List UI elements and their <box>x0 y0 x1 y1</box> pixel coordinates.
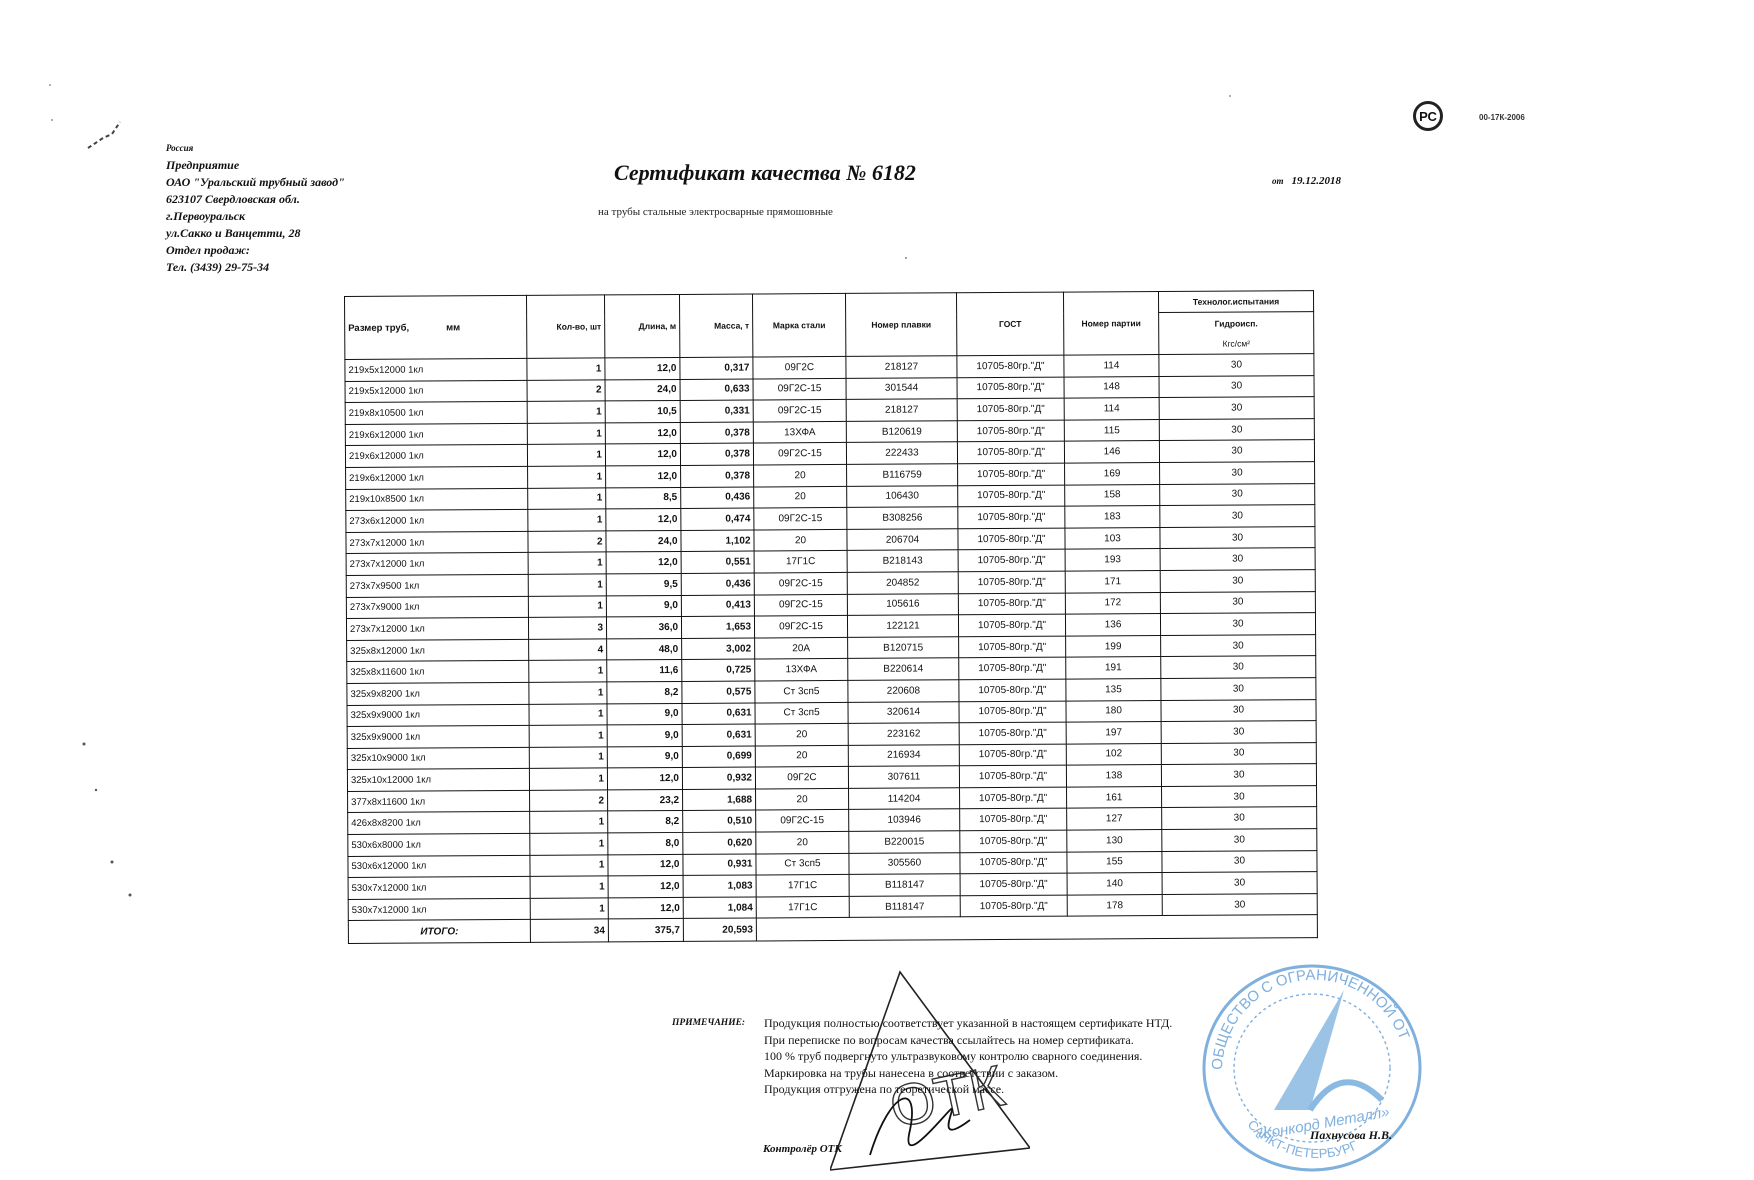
cell-heat: В308256 <box>847 507 958 529</box>
rst-certification-mark-icon: РС <box>1413 101 1443 131</box>
cell-heat: В116759 <box>847 464 958 486</box>
cell-lot: 115 <box>1064 419 1159 441</box>
cell-mass: 3,002 <box>682 638 755 660</box>
note-line: Продукция полностью соответствует указан… <box>764 1015 1172 1032</box>
cell-gost: 10705-80гр."Д" <box>957 355 1064 377</box>
cell-steel: 13ХФА <box>753 421 846 443</box>
cell-mass: 0,631 <box>682 702 755 724</box>
col-length: Длина, м <box>604 294 679 357</box>
cell-gost: 10705-80гр."Д" <box>958 506 1065 528</box>
cell-gost: 10705-80гр."Д" <box>958 593 1065 615</box>
cell-mass: 0,932 <box>682 767 755 789</box>
cell-gost: 10705-80гр."Д" <box>958 463 1065 485</box>
cell-gost: 10705-80гр."Д" <box>959 744 1066 766</box>
col-mass: Масса, т <box>679 294 752 357</box>
cell-size: 273x7x12000 1кл <box>346 618 528 641</box>
total-label: ИТОГО: <box>348 920 530 944</box>
cell-gost: 10705-80гр."Д" <box>957 398 1064 420</box>
cell-length: 12,0 <box>608 876 683 898</box>
cell-size: 325x9x9000 1кл <box>347 704 529 727</box>
cell-lot: 127 <box>1067 808 1162 830</box>
note-line: 100 % труб подвергнуто ультразвуковому к… <box>764 1048 1172 1065</box>
cell-mass: 0,931 <box>683 854 756 876</box>
cert-code: 00-17К-2006 <box>1479 113 1525 122</box>
street: ул.Сакко и Ванцетти, 28 <box>166 225 345 242</box>
cell-gost: 10705-80гр."Д" <box>958 549 1065 571</box>
cell-lot: 178 <box>1067 894 1162 916</box>
cell-length: 12,0 <box>605 444 680 466</box>
cell-lot: 193 <box>1065 549 1160 571</box>
cell-hydro: 30 <box>1161 699 1316 722</box>
col-lot: Номер партии <box>1063 292 1158 356</box>
cell-steel: 09Г2С <box>755 767 848 789</box>
company-info: Россия Предприятие ОАО "Уральский трубны… <box>166 140 345 276</box>
cell-size: 219x5x12000 1кл <box>345 380 527 403</box>
cell-length: 12,0 <box>608 854 683 876</box>
cell-lot: 146 <box>1064 441 1159 463</box>
document-date: от19.12.2018 <box>1272 175 1341 187</box>
cell-lot: 138 <box>1066 765 1161 787</box>
cell-length: 36,0 <box>606 617 681 639</box>
cell-qty: 1 <box>527 401 605 423</box>
cell-heat: В118147 <box>849 874 960 896</box>
cell-qty: 1 <box>528 509 606 531</box>
cell-qty: 1 <box>530 876 608 898</box>
cell-steel: 09Г2С-15 <box>753 443 846 465</box>
note-line: Продукция отгружена по теоретической мас… <box>764 1081 1172 1098</box>
cell-lot: 135 <box>1066 678 1161 700</box>
total-row: ИТОГО: 34 375,7 20,593 <box>348 915 1317 944</box>
cell-size: 219x8x10500 1кл <box>345 402 527 425</box>
cell-hydro: 30 <box>1159 354 1314 377</box>
cell-mass: 0,633 <box>680 379 753 401</box>
cell-steel: 17Г1С <box>754 551 847 573</box>
cell-steel: 20 <box>755 724 848 746</box>
cell-lot: 148 <box>1064 376 1159 398</box>
cell-heat: В220015 <box>849 831 960 853</box>
cell-hydro: 30 <box>1160 591 1315 614</box>
cell-length: 12,0 <box>605 422 680 444</box>
cell-qty: 1 <box>529 660 607 682</box>
sales-dept: Отдел продаж: <box>166 242 345 259</box>
cell-heat: В120715 <box>848 636 959 658</box>
cell-size: 530x6x12000 1кл <box>348 855 530 878</box>
cell-steel: 20 <box>756 788 849 810</box>
cell-hydro: 30 <box>1162 807 1317 830</box>
cell-qty: 2 <box>527 380 605 402</box>
cell-mass: 1,102 <box>681 530 754 552</box>
cell-qty: 1 <box>528 487 606 509</box>
cell-qty: 1 <box>528 574 606 596</box>
cell-mass: 0,436 <box>681 487 754 509</box>
cell-lot: 197 <box>1066 722 1161 744</box>
cell-hydro: 30 <box>1160 462 1315 485</box>
cell-mass: 0,620 <box>683 832 756 854</box>
cell-mass: 0,378 <box>680 422 753 444</box>
cell-qty: 1 <box>527 444 605 466</box>
cell-size: 325x9x8200 1кл <box>347 682 529 705</box>
cell-lot: 130 <box>1067 830 1162 852</box>
cell-heat: 122121 <box>847 615 958 637</box>
cell-mass: 1,084 <box>683 897 756 919</box>
cell-heat: 223162 <box>848 723 959 745</box>
cell-mass: 0,436 <box>681 573 754 595</box>
cell-heat: 307611 <box>848 766 959 788</box>
cell-qty: 1 <box>529 747 607 769</box>
cell-length: 12,0 <box>608 897 683 919</box>
cell-hydro: 30 <box>1160 613 1315 636</box>
cell-lot: 140 <box>1067 873 1162 895</box>
cell-hydro: 30 <box>1161 742 1316 765</box>
cell-gost: 10705-80гр."Д" <box>958 485 1065 507</box>
cell-length: 9,0 <box>607 746 682 768</box>
cell-qty: 2 <box>530 790 608 812</box>
col-hydro: Гидроисп. Кгс/см² <box>1159 312 1314 355</box>
note-line: Маркировка на трубы нанесена в соответст… <box>764 1065 1172 1082</box>
cell-steel: 09Г2С-15 <box>754 616 847 638</box>
cell-lot: 169 <box>1065 462 1160 484</box>
cell-qty: 1 <box>529 768 607 790</box>
cell-size: 530x7x12000 1кл <box>348 898 530 921</box>
cell-qty: 1 <box>528 552 606 574</box>
cell-gost: 10705-80гр."Д" <box>959 679 1066 701</box>
phone: Тел. (3439) 29-75-34 <box>166 259 345 276</box>
cell-size: 219x10x8500 1кл <box>346 488 528 511</box>
cell-lot: 136 <box>1065 614 1160 636</box>
col-size: Размер труб, мм <box>345 295 527 359</box>
col-qty: Кол-во, шт <box>526 295 604 358</box>
cell-size: 273x7x9000 1кл <box>346 596 528 619</box>
cell-mass: 0,699 <box>682 746 755 768</box>
cell-hydro: 30 <box>1160 548 1315 571</box>
cell-gost: 10705-80гр."Д" <box>957 420 1064 442</box>
cell-heat: 204852 <box>847 572 958 594</box>
cell-mass: 1,653 <box>681 616 754 638</box>
cell-qty: 1 <box>527 423 605 445</box>
cell-size: 377x8x11600 1кл <box>348 790 530 813</box>
cell-heat: 206704 <box>847 529 958 551</box>
cell-gost: 10705-80гр."Д" <box>960 809 1067 831</box>
cell-length: 9,0 <box>607 725 682 747</box>
cell-heat: 105616 <box>847 593 958 615</box>
cell-hydro: 30 <box>1162 893 1317 916</box>
svg-text:ОБЩЕСТВО С ОГРАНИЧЕННОЙ ОТВЕТС: ОБЩЕСТВО С ОГРАНИЧЕННОЙ ОТВЕТСТВЕННОСТЬЮ <box>1192 950 1413 1070</box>
cell-length: 24,0 <box>606 530 681 552</box>
cell-lot: 114 <box>1064 355 1159 377</box>
cell-mass: 0,725 <box>682 659 755 681</box>
cell-gost: 10705-80гр."Д" <box>960 895 1067 917</box>
cell-length: 12,0 <box>605 357 680 379</box>
cell-length: 23,2 <box>608 789 683 811</box>
document-title: Сертификат качества № 6182 <box>614 160 916 186</box>
cell-steel: 09Г2С-15 <box>754 594 847 616</box>
cell-size: 273x7x12000 1кл <box>346 553 528 576</box>
cell-lot: 199 <box>1066 635 1161 657</box>
document-subtitle: на трубы стальные электросварные прямошо… <box>598 206 833 218</box>
cell-steel: 09Г2С-15 <box>754 572 847 594</box>
cell-hydro: 30 <box>1160 526 1315 549</box>
cell-size: 219x5x12000 1кл <box>345 358 527 381</box>
notes-label: ПРИМЕЧАНИЕ: <box>672 1015 745 1032</box>
cell-size: 219x6x12000 1кл <box>345 445 527 468</box>
cell-size: 273x6x12000 1кл <box>346 510 528 533</box>
cell-steel: Ст 3сп5 <box>756 853 849 875</box>
cell-mass: 0,575 <box>682 681 755 703</box>
company-name: ОАО "Уральский трубный завод" <box>166 174 345 191</box>
note-line: При переписке по вопросам качества ссыла… <box>764 1032 1172 1049</box>
cell-qty: 1 <box>530 811 608 833</box>
cell-gost: 10705-80гр."Д" <box>960 873 1067 895</box>
cell-lot: 183 <box>1065 506 1160 528</box>
cell-hydro: 30 <box>1160 483 1315 506</box>
cell-mass: 1,083 <box>683 875 756 897</box>
cell-qty: 1 <box>529 682 607 704</box>
total-mass: 20,593 <box>683 918 756 941</box>
cell-length: 9,0 <box>607 703 682 725</box>
cell-lot: 161 <box>1067 786 1162 808</box>
cell-hydro: 30 <box>1159 418 1314 441</box>
cell-length: 48,0 <box>607 638 682 660</box>
cell-qty: 1 <box>528 595 606 617</box>
cell-heat: 103946 <box>849 809 960 831</box>
cell-lot: 155 <box>1067 851 1162 873</box>
cell-gost: 10705-80гр."Д" <box>958 528 1065 550</box>
cell-steel: 20 <box>755 745 848 767</box>
cell-hydro: 30 <box>1162 829 1317 852</box>
cell-heat: 305560 <box>849 852 960 874</box>
cell-size: 530x6x8000 1кл <box>348 833 530 856</box>
cell-steel: 09Г2С-15 <box>756 810 849 832</box>
cell-hydro: 30 <box>1161 677 1316 700</box>
cell-gost: 10705-80гр."Д" <box>959 636 1066 658</box>
cell-hydro: 30 <box>1161 721 1316 744</box>
cell-hydro: 30 <box>1159 397 1314 420</box>
cell-heat: 320614 <box>848 701 959 723</box>
cell-gost: 10705-80гр."Д" <box>958 614 1065 636</box>
cell-gost: 10705-80гр."Д" <box>959 722 1066 744</box>
city: г.Первоуральск <box>166 208 345 225</box>
cell-steel: 09Г2С-15 <box>753 378 846 400</box>
total-empty <box>756 915 1317 941</box>
cell-qty: 1 <box>528 466 606 488</box>
cell-gost: 10705-80гр."Д" <box>957 441 1064 463</box>
cell-heat: В120619 <box>846 421 957 443</box>
cell-qty: 1 <box>529 703 607 725</box>
cell-heat: В118147 <box>849 896 960 918</box>
cell-gost: 10705-80гр."Д" <box>959 657 1066 679</box>
cell-heat: 301544 <box>846 377 957 399</box>
cell-steel: 17Г1С <box>756 896 849 918</box>
cell-heat: 218127 <box>846 356 957 378</box>
cell-heat: 222433 <box>846 442 957 464</box>
total-length: 375,7 <box>608 919 683 942</box>
cell-gost: 10705-80гр."Д" <box>957 377 1064 399</box>
date-value: 19.12.2018 <box>1292 175 1342 187</box>
cell-length: 8,5 <box>606 487 681 509</box>
cell-heat: 114204 <box>849 788 960 810</box>
cell-hydro: 30 <box>1161 634 1316 657</box>
notes: ПРИМЕЧАНИЕ: Продукция полностью соответс… <box>672 1015 1172 1098</box>
cell-steel: 17Г1С <box>756 875 849 897</box>
cell-lot: 102 <box>1066 743 1161 765</box>
signer-name: Пахнусова Н.В. <box>1310 1128 1392 1143</box>
enterprise-label: Предприятие <box>166 157 345 174</box>
cell-gost: 10705-80гр."Д" <box>959 765 1066 787</box>
cell-length: 9,0 <box>606 595 681 617</box>
otk-controller-label: Контролёр ОТК <box>763 1143 842 1155</box>
cell-length: 9,5 <box>606 573 681 595</box>
cell-heat: 220608 <box>848 680 959 702</box>
cell-lot: 171 <box>1065 570 1160 592</box>
cell-hydro: 30 <box>1162 872 1317 895</box>
cell-steel: 09Г2С-15 <box>753 400 846 422</box>
cell-steel: 20А <box>755 637 848 659</box>
cell-size: 325x10x9000 1кл <box>347 747 529 770</box>
cell-length: 8,2 <box>608 811 683 833</box>
total-qty: 34 <box>530 919 608 942</box>
col-heat: Номер плавки <box>845 293 956 357</box>
cell-hydro: 30 <box>1159 375 1314 398</box>
cell-qty: 1 <box>530 855 608 877</box>
cell-hydro: 30 <box>1162 785 1317 808</box>
cell-gost: 10705-80гр."Д" <box>960 787 1067 809</box>
cell-length: 24,0 <box>605 379 680 401</box>
cell-lot: 191 <box>1066 657 1161 679</box>
cell-mass: 0,413 <box>681 595 754 617</box>
cell-heat: 106430 <box>847 485 958 507</box>
cell-mass: 0,378 <box>681 465 754 487</box>
cell-heat: В220614 <box>848 658 959 680</box>
cell-size: 273x7x9500 1кл <box>346 574 528 597</box>
cell-length: 12,0 <box>606 552 681 574</box>
cell-length: 12,0 <box>607 768 682 790</box>
cell-gost: 10705-80гр."Д" <box>959 701 1066 723</box>
cell-gost: 10705-80гр."Д" <box>960 852 1067 874</box>
cell-size: 219x6x12000 1кл <box>345 423 527 446</box>
cell-lot: 158 <box>1065 484 1160 506</box>
cell-steel: 20 <box>754 464 847 486</box>
cell-qty: 2 <box>528 531 606 553</box>
quality-table: Размер труб, мм Кол-во, шт Длина, м Масс… <box>344 290 1318 944</box>
cell-hydro: 30 <box>1161 764 1316 787</box>
cell-length: 10,5 <box>605 401 680 423</box>
cell-size: 325x8x11600 1кл <box>347 661 529 684</box>
cell-steel: Ст 3сп5 <box>755 680 848 702</box>
cell-mass: 0,510 <box>683 810 756 832</box>
cell-heat: В218143 <box>847 550 958 572</box>
cell-length: 12,0 <box>606 509 681 531</box>
cell-size: 426x8x8200 1кл <box>348 812 530 835</box>
cell-gost: 10705-80гр."Д" <box>960 830 1067 852</box>
cell-length: 8,2 <box>607 681 682 703</box>
col-steel: Марка стали <box>752 293 845 357</box>
cell-steel: 09Г2С-15 <box>754 508 847 530</box>
cell-steel: 20 <box>754 486 847 508</box>
cell-qty: 1 <box>530 833 608 855</box>
cell-gost: 10705-80гр."Д" <box>958 571 1065 593</box>
cell-lot: 172 <box>1065 592 1160 614</box>
cell-size: 325x10x12000 1кл <box>347 769 529 792</box>
cell-size: 273x7x12000 1кл <box>346 531 528 554</box>
cell-heat: 216934 <box>848 744 959 766</box>
cell-mass: 0,378 <box>680 443 753 465</box>
cell-lot: 103 <box>1065 527 1160 549</box>
cell-lot: 180 <box>1066 700 1161 722</box>
cell-length: 11,6 <box>607 660 682 682</box>
cell-hydro: 30 <box>1160 570 1315 593</box>
cell-size: 325x8x12000 1кл <box>347 639 529 662</box>
cell-size: 325x9x9000 1кл <box>347 725 529 748</box>
cell-qty: 1 <box>530 898 608 920</box>
cell-mass: 0,331 <box>680 400 753 422</box>
cell-steel: 13ХФА <box>755 659 848 681</box>
cell-qty: 4 <box>529 639 607 661</box>
cell-mass: 0,474 <box>681 508 754 530</box>
cell-hydro: 30 <box>1160 505 1315 528</box>
country: Россия <box>166 140 345 157</box>
cell-steel: 20 <box>756 831 849 853</box>
date-label: от <box>1272 176 1284 186</box>
col-gost: ГОСТ <box>956 292 1063 356</box>
cell-lot: 114 <box>1064 398 1159 420</box>
cell-hydro: 30 <box>1161 656 1316 679</box>
col-tech-tests: Технолог.испытания <box>1158 291 1313 313</box>
cell-qty: 1 <box>529 725 607 747</box>
cell-mass: 0,551 <box>681 551 754 573</box>
cell-length: 12,0 <box>606 465 681 487</box>
cell-qty: 1 <box>527 358 605 380</box>
cell-steel: 20 <box>754 529 847 551</box>
cell-qty: 3 <box>528 617 606 639</box>
cell-mass: 1,688 <box>683 789 756 811</box>
cell-hydro: 30 <box>1159 440 1314 463</box>
cell-size: 530x7x12000 1кл <box>348 877 530 900</box>
cell-length: 8,0 <box>608 833 683 855</box>
cell-hydro: 30 <box>1162 850 1317 873</box>
cell-heat: 218127 <box>846 399 957 421</box>
cell-mass: 0,317 <box>680 357 753 379</box>
cell-steel: Ст 3сп5 <box>755 702 848 724</box>
cell-steel: 09Г2С <box>753 356 846 378</box>
postal-address: 623107 Свердловская обл. <box>166 191 345 208</box>
cell-size: 219x6x12000 1кл <box>346 466 528 489</box>
cell-mass: 0,631 <box>682 724 755 746</box>
